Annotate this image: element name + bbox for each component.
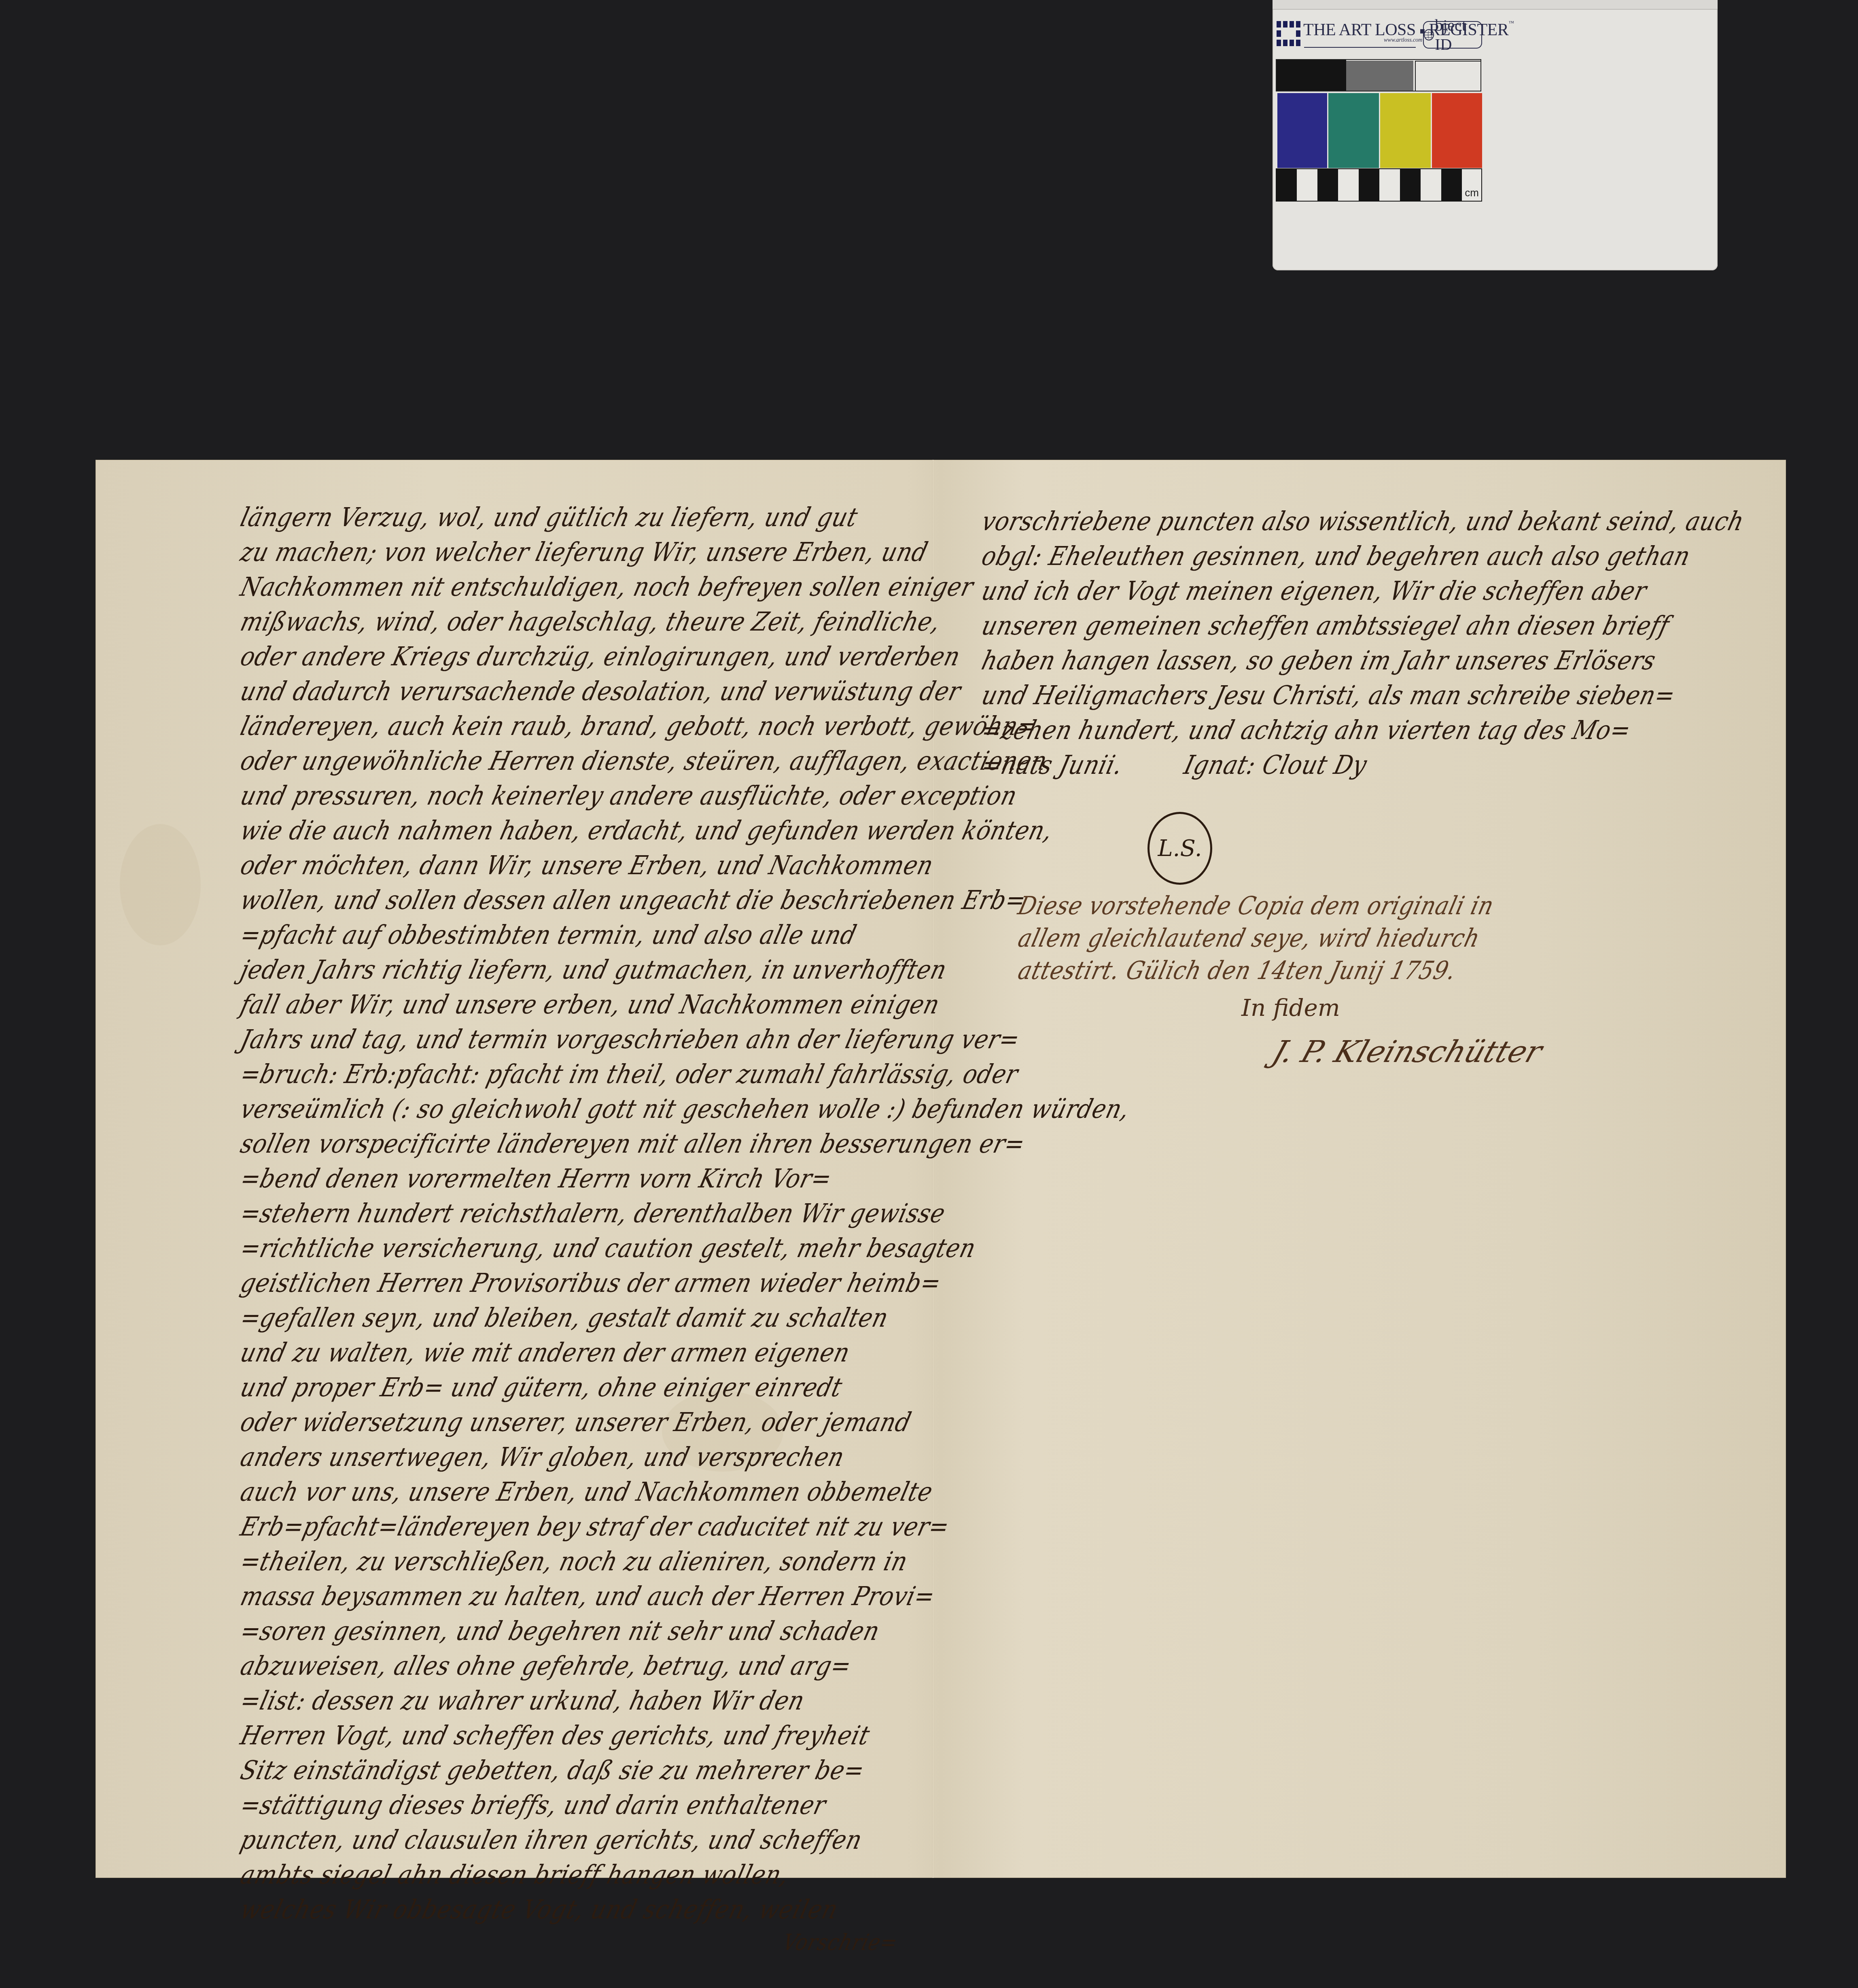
manuscript-line: =bruch: Erb:pfacht: pfacht im theil, ode…	[238, 1059, 1022, 1090]
art-loss-register-logo-icon	[1277, 21, 1300, 49]
catchword: Vorschrie=	[780, 1930, 901, 1956]
manuscript-line: Herren Vogt, und scheffen des gerichts, …	[238, 1720, 873, 1751]
brand-name: THE ART LOSS ■ REGISTER™	[1303, 20, 1514, 40]
manuscript-line: Sitz einständigst gebetten, daß sie zu m…	[238, 1755, 868, 1786]
manuscript-line: welches Wir obbesagte Vogt, und scheffen…	[238, 1895, 841, 1925]
yellow-patch	[1380, 93, 1431, 168]
scale-white-tick: cm	[1462, 169, 1481, 201]
manuscript-line: fall aber Wir, und unsere erben, und Nac…	[238, 990, 943, 1020]
manuscript-line: ambts siegel ahn diesen brieff hangen wo…	[238, 1860, 792, 1890]
attestation-signature: J. P. Kleinschütter	[1268, 1034, 1546, 1069]
manuscript-line: =soren gesinnen, und begehren nit sehr u…	[238, 1616, 883, 1646]
manuscript-line: anders unsertwegen, Wir globen, und vers…	[238, 1442, 848, 1472]
manuscript-line: und zu walten, wie mit anderen der armen…	[238, 1338, 853, 1368]
manuscript-line: unseren gemeinen scheffen ambtssiegel ah…	[979, 611, 1673, 641]
gray-row-frame	[1276, 59, 1481, 91]
globe-icon	[1424, 29, 1434, 40]
manuscript-line: =pfacht auf obbestimbten termin, und als…	[238, 920, 860, 950]
in-fidem: In fidem	[1241, 994, 1340, 1022]
scale-white-tick	[1297, 169, 1317, 201]
manuscript-line: =list: dessen zu wahrer urkund, haben Wi…	[238, 1686, 808, 1716]
manuscript-sheet: längern Verzug, wol, und gütlich zu lief…	[95, 460, 1786, 1878]
color-calibration-card: THE ART LOSS ■ REGISTER™ www.artloss.com…	[1273, 0, 1718, 270]
manuscript-line: und pressuren, noch keinerley andere aus…	[238, 781, 1020, 811]
manuscript-line: wie die auch nahmen haben, erdacht, und …	[238, 816, 1056, 846]
manuscript-line: =richtliche versicherung, und caution ge…	[238, 1233, 979, 1264]
object-id-badge: bject ID	[1423, 21, 1482, 49]
manuscript-line: sollen vorspecificirte ländereyen mit al…	[238, 1129, 1029, 1159]
seal-locus-sigilli: L.S.	[1147, 812, 1212, 885]
blue-patch	[1277, 93, 1327, 168]
manuscript-line: und dadurch verursachende desolation, un…	[238, 676, 964, 707]
manuscript-line: haben hangen lassen, so geben im Jahr un…	[979, 646, 1659, 676]
manuscript-line: =zehen hundert, und achtzig ahn vierten …	[979, 715, 1634, 745]
object-id-label: bject ID	[1435, 16, 1481, 54]
manuscript-line: und proper Erb= und gütern, ohne einiger…	[238, 1372, 846, 1403]
scale-white-tick	[1379, 169, 1400, 201]
trademark-symbol: ™	[1508, 20, 1514, 26]
manuscript-line: abzuweisen, alles ohne gefehrde, betrug,…	[238, 1651, 855, 1681]
attestation-line: Diese vorstehende Copia dem originali in	[1015, 891, 1497, 920]
manuscript-line: =nats Junii.	[979, 750, 1126, 780]
scale-white-tick	[1338, 169, 1359, 201]
manuscript-line: jeden Jahrs richtig liefern, und gutmach…	[238, 955, 950, 985]
green-patch	[1328, 93, 1379, 168]
manuscript-line: längern Verzug, wol, und gütlich zu lief…	[238, 502, 861, 533]
manuscript-line: massa beysammen zu halten, und auch der …	[238, 1581, 938, 1612]
manuscript-line: oder widersetzung unserer, unserer Erben…	[238, 1407, 914, 1438]
manuscript-line: und Heiligmachers Jesu Christi, als man …	[979, 680, 1679, 711]
manuscript-line: oder möchten, dann Wir, unsere Erben, un…	[238, 850, 937, 881]
manuscript-line: =gefallen seyn, und bleiben, gestalt dam…	[238, 1303, 892, 1333]
cm-scale-bar: cm	[1276, 168, 1482, 202]
manuscript-line: und ich der Vogt meinen eigenen, Wir die…	[979, 576, 1650, 606]
left-page: längern Verzug, wol, und gütlich zu lief…	[95, 460, 932, 1878]
red-patch	[1432, 93, 1482, 168]
manuscript-line: auch vor uns, unsere Erben, und Nachkomm…	[238, 1477, 936, 1507]
manuscript-line: =stehern hundert reichsthalern, derentha…	[238, 1198, 949, 1229]
manuscript-line: mißwachs, wind, oder hagelschlag, theure…	[238, 607, 944, 637]
manuscript-line: =bend denen vorermelten Herrn vorn Kirch…	[238, 1164, 835, 1194]
manuscript-line: Jahrs und tag, und termin vorgeschrieben…	[238, 1024, 1023, 1055]
brand-url: www.artloss.com	[1384, 37, 1422, 44]
card-top-edge	[1273, 0, 1718, 10]
manuscript-line: vorschriebene puncten also wissentlich, …	[979, 506, 1748, 537]
manuscript-line: puncten, und clausulen ihren gerichts, u…	[238, 1825, 865, 1855]
manuscript-line: oder ungewöhnliche Herren dienste, steür…	[238, 746, 1050, 776]
brand-underline	[1304, 47, 1416, 48]
manuscript-line: zu machen; von welcher lieferung Wir, un…	[238, 537, 931, 567]
seal-label: L.S.	[1158, 835, 1202, 862]
manuscript-line: =stättigung dieses brieffs, und darin en…	[238, 1790, 829, 1820]
manuscript-line: oder andere Kriegs durchzüg, einlogirung…	[238, 641, 963, 672]
manuscript-line: wollen, und sollen dessen allen ungeacht…	[238, 885, 1029, 915]
attestation-line: attestirt. Gülich den 14ten Junij 1759.	[1015, 956, 1459, 985]
right-page: vorschriebene puncten also wissentlich, …	[934, 460, 1786, 1878]
brand-text: THE ART LOSS	[1303, 21, 1416, 39]
attestation-line: allem gleichlautend seye, wird hiedurch	[1015, 923, 1483, 952]
manuscript-line: =theilen, zu verschließen, noch zu alien…	[238, 1546, 911, 1577]
manuscript-line: Erb=pfacht=ländereyen bey straf der cadu…	[238, 1512, 953, 1542]
cm-unit-label: cm	[1465, 187, 1479, 199]
signer-name: Ignat: Clout Dy	[1181, 750, 1370, 780]
manuscript-line: Nachkommen nit entschuldigen, noch befre…	[238, 572, 977, 602]
manuscript-line: geistlichen Herren Provisoribus der arme…	[238, 1268, 944, 1298]
manuscript-line: obgl: Eheleuthen gesinnen, und begehren …	[979, 541, 1694, 571]
scale-white-tick	[1421, 169, 1441, 201]
manuscript-line: ländereyen, auch kein raub, brand, gebot…	[238, 711, 1041, 741]
